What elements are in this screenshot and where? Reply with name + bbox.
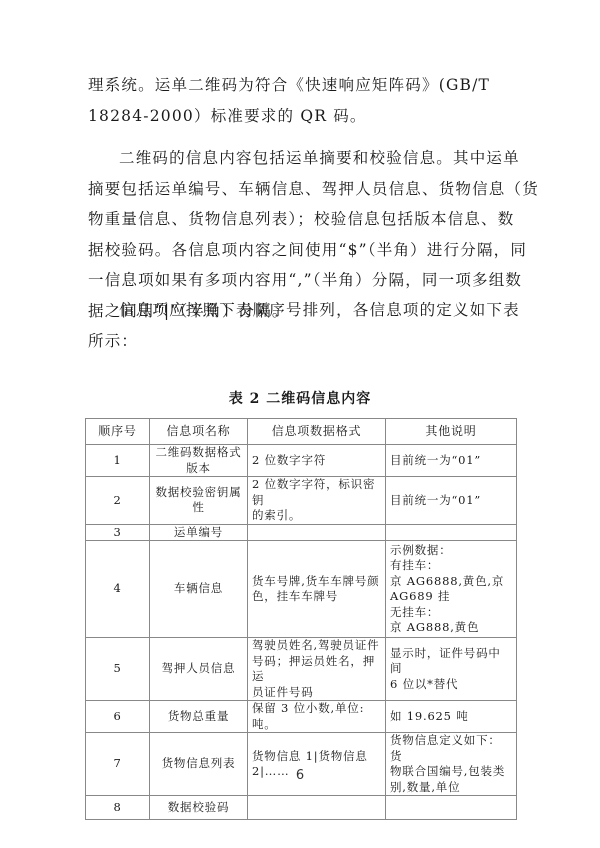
cell-no: 4 bbox=[86, 541, 150, 638]
cell-name: 货物总重量 bbox=[150, 701, 248, 733]
text-line: 信息项应按照下表顺序号排列，各信息项的定义如下表 bbox=[88, 295, 514, 326]
cell-name: 车辆信息 bbox=[150, 541, 248, 638]
cell-note: 目前统一为“01” bbox=[386, 477, 517, 525]
cell-name: 数据校验码 bbox=[150, 796, 248, 820]
cell-note bbox=[386, 524, 517, 541]
paragraph-table-intro: 信息项应按照下表顺序号排列，各信息项的定义如下表 所示： bbox=[88, 295, 514, 356]
cell-name: 二维码数据格式 版本 bbox=[150, 445, 248, 477]
text-line: 18284-2000）标准要求的 QR 码。 bbox=[88, 101, 514, 132]
cell-name: 货物信息列表 bbox=[150, 733, 248, 796]
table-caption: 表 2 二维码信息内容 bbox=[0, 388, 600, 408]
text-line: 物重量信息、货物信息列表）；校验信息包括版本信息、数 bbox=[88, 204, 514, 235]
cell-note: 目前统一为“01” bbox=[386, 445, 517, 477]
table-header-row: 顺序号 信息项名称 信息项数据格式 其他说明 bbox=[86, 419, 517, 445]
text-line: 摘要包括运单编号、车辆信息、驾押人员信息、货物信息（货 bbox=[88, 174, 514, 205]
table-row: 1 二维码数据格式 版本 2 位数字字符 目前统一为“01” bbox=[86, 445, 517, 477]
cell-note: 示例数据： 有挂车： 京 AG6888,黄色,京 AG689 挂 无挂车： 京 … bbox=[386, 541, 517, 638]
cell-name: 运单编号 bbox=[150, 524, 248, 541]
cell-format bbox=[248, 796, 386, 820]
cell-no: 1 bbox=[86, 445, 150, 477]
cell-format: 货车号牌,货车车牌号颜 色，挂车车牌号 bbox=[248, 541, 386, 638]
cell-name: 驾押人员信息 bbox=[150, 638, 248, 701]
paragraph-qr-standard: 理系统。运单二维码为符合《快速响应矩阵码》(GB/T 18284-2000）标准… bbox=[88, 70, 514, 131]
cell-no: 8 bbox=[86, 796, 150, 820]
cell-note: 货物信息定义如下：货 物联合国编号,包装类 别,数量,单位 bbox=[386, 733, 517, 796]
cell-format bbox=[248, 524, 386, 541]
table-row: 2 数据校验密钥属 性 2 位数字字符，标识密钥 的索引。 目前统一为“01” bbox=[86, 477, 517, 525]
cell-format: 货物信息 1|货物信息 2|…… bbox=[248, 733, 386, 796]
table-row: 8 数据校验码 bbox=[86, 796, 517, 820]
text-line: 所示： bbox=[88, 326, 514, 357]
text-line: 据校验码。各信息项内容之间使用“$”（半角）进行分隔，同 bbox=[88, 235, 514, 266]
header-other-notes: 其他说明 bbox=[386, 419, 517, 445]
text-line: 二维码的信息内容包括运单摘要和校验信息。其中运单 bbox=[88, 143, 514, 174]
info-items-table: 顺序号 信息项名称 信息项数据格式 其他说明 1 二维码数据格式 版本 2 位数… bbox=[85, 418, 517, 820]
cell-note: 如 19.625 吨 bbox=[386, 701, 517, 733]
header-order-no: 顺序号 bbox=[86, 419, 150, 445]
header-item-name: 信息项名称 bbox=[150, 419, 248, 445]
header-data-format: 信息项数据格式 bbox=[248, 419, 386, 445]
cell-format: 2 位数字字符，标识密钥 的索引。 bbox=[248, 477, 386, 525]
page-number: 6 bbox=[0, 768, 600, 783]
table-row: 4 车辆信息 货车号牌,货车车牌号颜 色，挂车车牌号 示例数据： 有挂车： 京 … bbox=[86, 541, 517, 638]
cell-format: 驾驶员姓名,驾驶员证件 号码；押运员姓名，押运 员证件号码 bbox=[248, 638, 386, 701]
cell-no: 7 bbox=[86, 733, 150, 796]
cell-format: 保留 3 位小数,单位:吨。 bbox=[248, 701, 386, 733]
cell-no: 6 bbox=[86, 701, 150, 733]
cell-no: 3 bbox=[86, 524, 150, 541]
cell-format: 2 位数字字符 bbox=[248, 445, 386, 477]
cell-no: 2 bbox=[86, 477, 150, 525]
text-line: 一信息项如果有多项内容用“,”（半角）分隔，同一项多组数 bbox=[88, 265, 514, 296]
cell-name: 数据校验密钥属 性 bbox=[150, 477, 248, 525]
cell-note: 显示时，证件号码中间 6 位以*替代 bbox=[386, 638, 517, 701]
cell-note bbox=[386, 796, 517, 820]
table-row: 3 运单编号 bbox=[86, 524, 517, 541]
cell-no: 5 bbox=[86, 638, 150, 701]
text-line: 理系统。运单二维码为符合《快速响应矩阵码》(GB/T bbox=[88, 70, 514, 101]
table-row: 7 货物信息列表 货物信息 1|货物信息 2|…… 货物信息定义如下：货 物联合… bbox=[86, 733, 517, 796]
table-row: 6 货物总重量 保留 3 位小数,单位:吨。 如 19.625 吨 bbox=[86, 701, 517, 733]
table-row: 5 驾押人员信息 驾驶员姓名,驾驶员证件 号码；押运员姓名，押运 员证件号码 显… bbox=[86, 638, 517, 701]
